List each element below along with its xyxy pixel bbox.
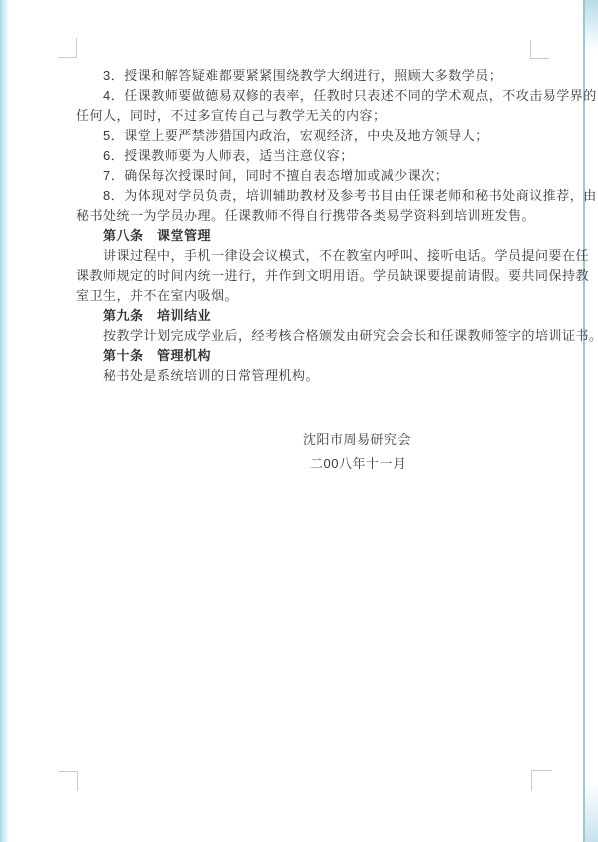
text-line: 秘书处是系统培训的日常管理机构。 (76, 366, 534, 386)
text-boundary-mark-top-left (58, 38, 77, 58)
text-line: 6．授课教师要为人师表，适当注意仪容； (76, 146, 534, 166)
text-line: 4．任课教师要做德易双修的表率，任教时只表述不同的学术观点，不攻击易学界的 (76, 86, 534, 106)
text-line: 第十条 管理机构 (76, 346, 534, 366)
text-line: 课教师规定的时间内统一进行，并作到文明用语。学员缺课要提前请假。要共同保持教 (76, 266, 534, 286)
text-line: 任何人，同时，不过多宣传自己与教学无关的内容； (76, 106, 534, 126)
page-backdrop-right-edge (585, 0, 598, 842)
text-line: 5．课堂上要严禁涉猎国内政治，宏观经济，中央及地方领导人； (76, 126, 534, 146)
signature-block: 沈阳市周易研究会 二00八年十一月 (76, 428, 534, 476)
document-text: 3．授课和解答疑难都要紧紧围绕教学大纲进行，照顾大多数学员；4．任课教师要做德易… (76, 66, 534, 386)
document-page: 3．授课和解答疑难都要紧紧围绕教学大纲进行，照顾大多数学员；4．任课教师要做德易… (76, 66, 534, 476)
page-backdrop-left-edge (0, 0, 10, 842)
text-line: 3．授课和解答疑难都要紧紧围绕教学大纲进行，照顾大多数学员； (76, 66, 534, 86)
signature-org: 沈阳市周易研究会 (76, 428, 534, 452)
text-line: 第九条 培训结业 (76, 306, 534, 326)
text-line: 讲课过程中，手机一律设会议模式，不在教室内呼叫、接听电话。学员提问要在任 (76, 246, 534, 266)
text-line: 第八条 课堂管理 (76, 226, 534, 246)
text-line: 按教学计划完成学业后，经考核合格颁发由研究会会长和任课教师签字的培训证书。 (76, 326, 534, 346)
text-line: 秘书处统一为学员办理。任课教师不得自行携带各类易学资料到培训班发售。 (76, 206, 534, 226)
signature-date: 二00八年十一月 (76, 452, 534, 476)
text-boundary-mark-top-right (530, 40, 549, 59)
text-line: 8．为体现对学员负责，培训辅助教材及参考书目由任课老师和秘书处商议推荐，由 (76, 186, 534, 206)
text-line: 7．确保每次授课时间，同时不擅自表态增加或减少课次； (76, 166, 534, 186)
text-line: 室卫生，并不在室内吸烟。 (76, 286, 534, 306)
text-boundary-mark-bottom-right (531, 770, 552, 791)
text-boundary-mark-bottom-left (59, 771, 78, 791)
